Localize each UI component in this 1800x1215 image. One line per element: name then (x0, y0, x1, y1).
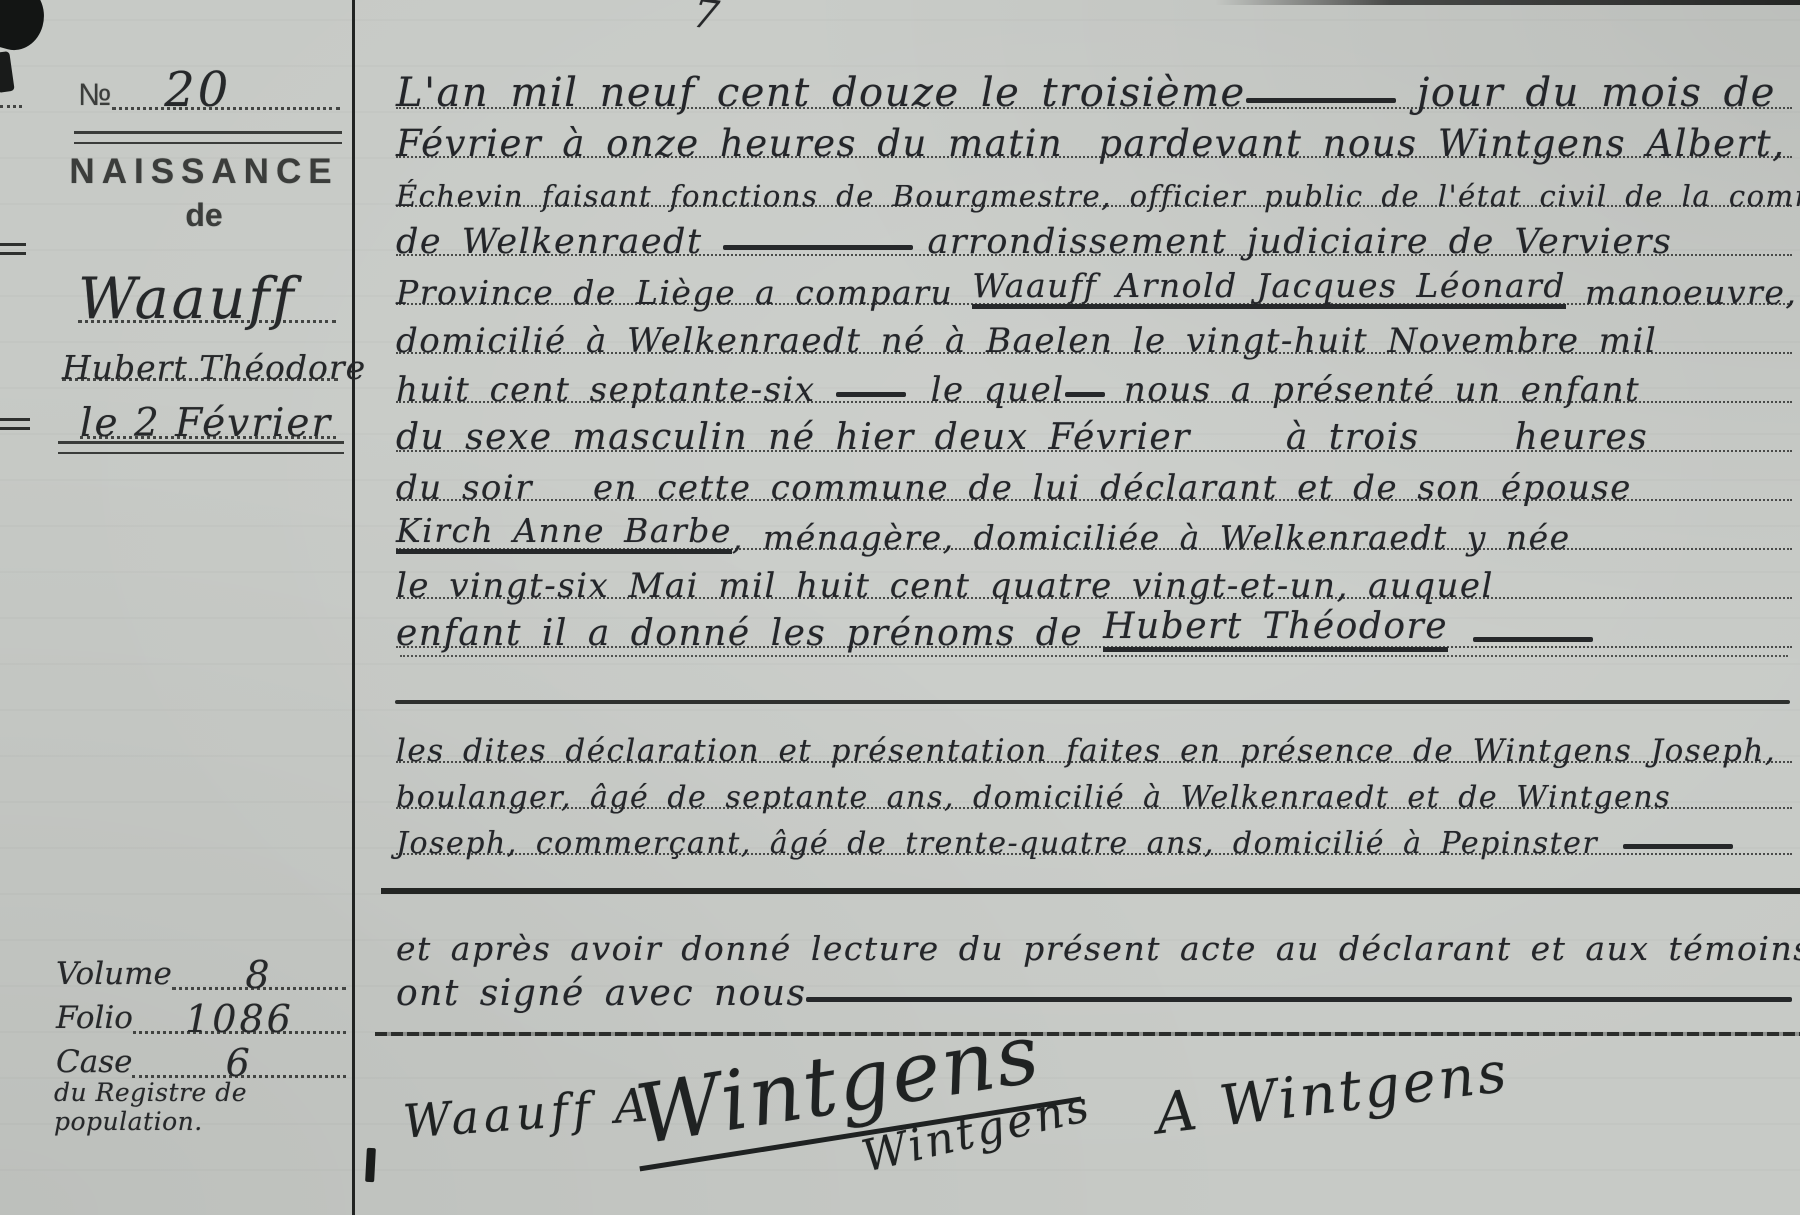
register-note: du Registre de population. (54, 1078, 350, 1136)
form-title-de: de (66, 197, 342, 234)
manuscript-line: Février à onze heures du matinpardevant … (396, 109, 1792, 158)
filler-stroke (1246, 98, 1396, 103)
manuscript-text: les dites déclaration et présentation fa… (396, 736, 1473, 767)
filler-stroke (806, 997, 1792, 1002)
double-rule (58, 441, 344, 454)
manuscript-line: Kirch Anne Barbe, ménagère, domiciliée à… (396, 501, 1792, 550)
case-label: Case (56, 1047, 132, 1078)
manuscript-line: L'an mil neuf cent douze le troisième jo… (396, 60, 1792, 109)
manuscript-text: huit cent septante-six (396, 373, 816, 407)
manuscript-text: manoeuvre, (1566, 276, 1797, 309)
folio-label: Folio (56, 1003, 133, 1034)
case-value: 6 (226, 1047, 253, 1079)
manuscript-line: Province de Liège a comparu Waauff Arnol… (396, 256, 1792, 305)
margin-date: le 2 Février (80, 406, 332, 441)
section-rule (375, 1032, 1800, 1036)
folio-value: 1086 (185, 1003, 294, 1035)
margin-given-names-line: Hubert Théodore (62, 328, 338, 381)
manuscript-text: nous a présenté un enfant (1105, 373, 1641, 407)
volume-label: Volume (56, 959, 172, 990)
underlined-name: Waauff Arnold Jacques Léonard (972, 269, 1566, 309)
folio-row: Folio 1086 (56, 990, 346, 1034)
manuscript-text: , ménagère, domiciliée à Welkenraedt y n… (732, 521, 1571, 554)
margin-surname: Waauff (78, 274, 297, 325)
underlined-name: Hubert Théodore (1103, 609, 1448, 652)
number-dotted-line: 20 (112, 61, 340, 110)
manuscript-text: arrondissement judiciaire de Verviers (928, 225, 1673, 260)
manuscript-text: enfant il a donné les prénoms de (396, 616, 1103, 652)
manuscript-line: Joseph, commerçant, âgé de trente-quatre… (396, 809, 1792, 855)
manuscript-text: du sexe masculin né hier deux Février (396, 420, 1191, 456)
double-rule (74, 131, 342, 144)
manuscript-text: heures (1515, 420, 1649, 456)
margin-surname-line: Waauff (78, 234, 336, 323)
folio-dotted-line: 1086 (133, 1003, 346, 1034)
margin-date-line: le 2 Février (80, 384, 336, 439)
volume-value: 8 (245, 959, 272, 991)
witness-paragraph: les dites déclaration et présentation fa… (396, 717, 1792, 855)
manuscript-text: à trois (1286, 420, 1420, 456)
filler-stroke (1473, 637, 1593, 642)
underlined-name: Kirch Anne Barbe (396, 514, 732, 554)
manuscript-text: ont signé avec nous (396, 976, 806, 1012)
manuscript-line: et après avoir donné lecture du présent … (396, 912, 1792, 959)
manuscript-line: enfant il a donné les prénoms de Hubert … (396, 599, 1792, 648)
manuscript-text: pardevant nous Wintgens Albert, (1098, 125, 1785, 162)
act-body: 7 L'an mil neuf cent douze le troisième … (355, 0, 1800, 1215)
act-number-value: 20 (164, 70, 231, 111)
manuscript-text: et après avoir donné lecture du présent … (396, 932, 1800, 965)
case-row: Case 6 (56, 1034, 346, 1078)
signature-witness-right: A Wintgens (1153, 1045, 1512, 1144)
section-rule (395, 700, 1790, 704)
signature-declarant: Waauff A (402, 1081, 654, 1144)
manuscript-text: Wintgens Joseph, (1473, 736, 1777, 767)
form-title: NAISSANCE (66, 152, 342, 192)
manuscript-text: Joseph, commerçant, âgé de trente-quatre… (396, 829, 1598, 859)
manuscript-text: le vingt-six Mai mil huit cent quatre vi… (396, 569, 1494, 603)
page-mark: 7 (690, 0, 722, 40)
filler-stroke (1623, 844, 1733, 849)
filler-stroke (836, 392, 906, 397)
act-number-row: № 20 (78, 64, 340, 110)
volume-dotted-line: 8 (172, 959, 346, 990)
manuscript-text: en cette commune de lui déclarant et de … (593, 471, 1632, 505)
manuscript-text: boulanger, âgé de septante ans, domicili… (396, 783, 1671, 813)
act-paragraph: L'an mil neuf cent douze le troisième jo… (396, 60, 1792, 648)
manuscript-line: domicilié à Welkenraedt né à Baelen le v… (396, 305, 1792, 354)
manuscript-line: huit cent septante-sixle quel nous a pré… (396, 354, 1792, 403)
manuscript-text: L'an mil neuf cent douze le troisième (396, 73, 1246, 113)
filler-stroke (1065, 392, 1105, 397)
manuscript-text: Échevin faisant fonctions de Bourgmestre… (396, 182, 1800, 211)
manuscript-line: boulanger, âgé de septante ans, domicili… (396, 763, 1792, 809)
manuscript-line: du soiren cette commune de lui déclarant… (396, 452, 1792, 501)
manuscript-text: domicilié à Welkenraedt né à Baelen le v… (396, 324, 1657, 358)
margin-given-names: Hubert Théodore (62, 353, 366, 383)
blank-ruled-line (400, 655, 1788, 657)
manuscript-text: le quel (931, 373, 1065, 407)
section-rule (381, 888, 1800, 894)
birth-certificate-page: № 20 NAISSANCE de Waauff Hubert Théodore… (0, 0, 1800, 1215)
closing-paragraph: et après avoir donné lecture du présent … (396, 912, 1792, 1006)
manuscript-text: jour du mois de (1396, 73, 1776, 113)
volume-row: Volume 8 (56, 946, 346, 990)
manuscript-line: de Welkenraedtarrondissement judiciaire … (396, 207, 1792, 256)
manuscript-line: Échevin faisant fonctions de Bourgmestre… (396, 158, 1792, 207)
manuscript-line: le vingt-six Mai mil huit cent quatre vi… (396, 550, 1792, 599)
filler-stroke (723, 245, 913, 250)
manuscript-text: du soir (396, 471, 533, 505)
manuscript-text: Février à onze heures du matin (396, 125, 1063, 162)
manuscript-line: les dites déclaration et présentation fa… (396, 717, 1792, 763)
manuscript-text: de Welkenraedt (396, 225, 703, 260)
manuscript-text: Province de Liège a comparu (396, 276, 972, 309)
case-dotted-line: 6 (132, 1047, 346, 1078)
number-label: № (78, 79, 112, 110)
manuscript-line: du sexe masculin né hier deux Févrierà t… (396, 403, 1792, 452)
margin-column: № 20 NAISSANCE de Waauff Hubert Théodore… (0, 0, 352, 1215)
